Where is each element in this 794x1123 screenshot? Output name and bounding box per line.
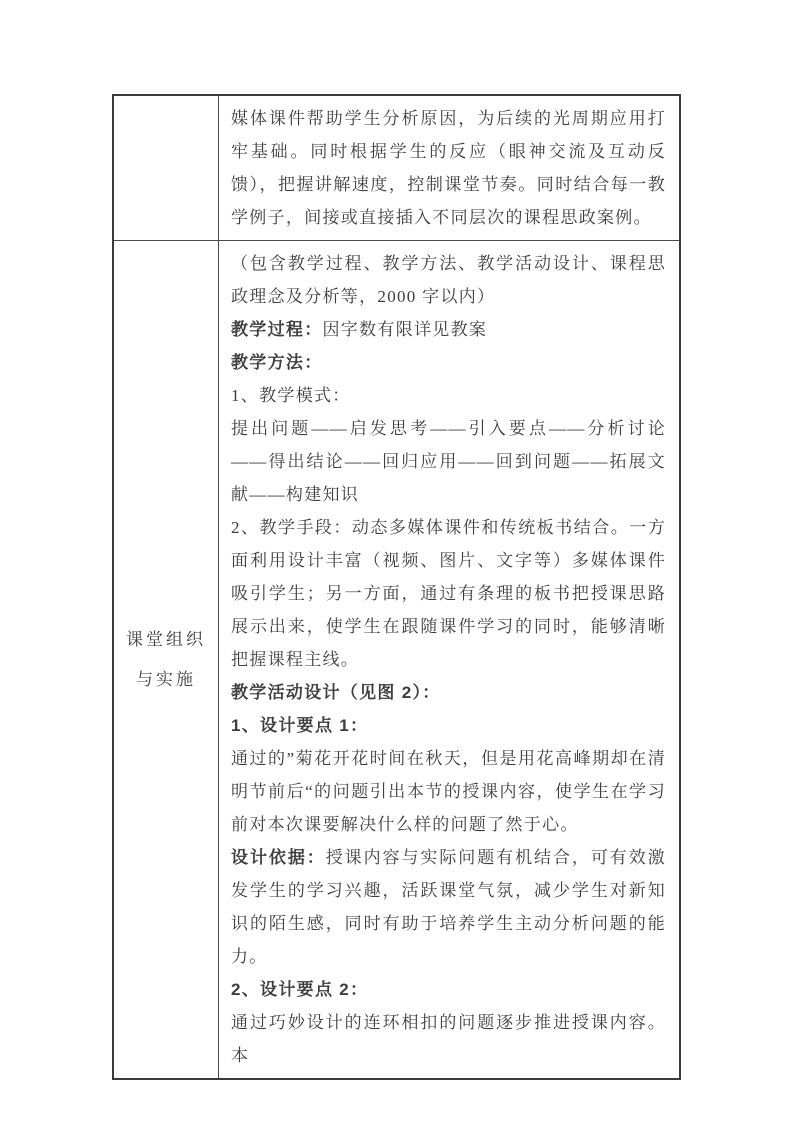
paragraph: 1、设计要点 1： — [231, 709, 666, 742]
text-segment: 媒体课件帮助学生分析原因，为后续的光周期应用打牢基础。同时根据学生的反应（眼神交… — [231, 109, 666, 227]
heading-segment: 教学方法： — [231, 353, 323, 372]
text-segment: 提出问题——启发思考——引入要点——分析讨论——得出结论——回归应用——回到问题… — [231, 419, 666, 504]
paragraph: 2、设计要点 2： — [231, 973, 666, 1006]
text-segment: 因字数有限详见教案 — [323, 320, 488, 339]
row-content-cell: 媒体课件帮助学生分析原因，为后续的光周期应用打牢基础。同时根据学生的反应（眼神交… — [219, 95, 681, 241]
table-row: 媒体课件帮助学生分析原因，为后续的光周期应用打牢基础。同时根据学生的反应（眼神交… — [113, 95, 680, 241]
row-label-cell: 课堂组织与实施 — [113, 241, 219, 1080]
text-segment: 2、教学手段：动态多媒体课件和传统板书结合。一方面利用设计丰富（视频、图片、文字… — [231, 518, 666, 669]
paragraph: 通过巧妙设计的连环相扣的问题逐步推进授课内容。本 — [231, 1006, 666, 1072]
paragraph: 教学活动设计（见图 2）： — [231, 676, 666, 709]
heading-segment: 教学过程： — [231, 320, 323, 339]
text-segment: （包含教学过程、教学方法、教学活动设计、课程思政理念及分析等，2000 字以内） — [231, 254, 666, 306]
paragraph: 2、教学手段：动态多媒体课件和传统板书结合。一方面利用设计丰富（视频、图片、文字… — [231, 511, 666, 676]
paragraph: 提出问题——启发思考——引入要点——分析讨论——得出结论——回归应用——回到问题… — [231, 412, 666, 511]
paragraph: 媒体课件帮助学生分析原因，为后续的光周期应用打牢基础。同时根据学生的反应（眼神交… — [231, 102, 666, 234]
paragraph: 教学过程：因字数有限详见教案 — [231, 313, 666, 346]
text-segment: 1、教学模式： — [231, 386, 351, 405]
paragraph: 通过的”菊花开花时间在秋天，但是用花高峰期却在清明节前后“的问题引出本节的授课内… — [231, 742, 666, 841]
row-label-cell — [113, 95, 219, 241]
text-segment: 通过巧妙设计的连环相扣的问题逐步推进授课内容。本 — [231, 1013, 666, 1065]
row-label-line: 与实施 — [114, 660, 218, 700]
paragraph: 教学方法： — [231, 346, 666, 379]
row-label-line: 课堂组织 — [114, 620, 218, 660]
teaching-plan-table: 媒体课件帮助学生分析原因，为后续的光周期应用打牢基础。同时根据学生的反应（眼神交… — [112, 94, 681, 1080]
paragraph: 1、教学模式： — [231, 379, 666, 412]
paragraph: 设计依据：授课内容与实际问题有机结合，可有效激发学生的学习兴趣，活跃课堂气氛，减… — [231, 841, 666, 973]
row-content-cell: （包含教学过程、教学方法、教学活动设计、课程思政理念及分析等，2000 字以内）… — [219, 241, 681, 1080]
heading-segment: 设计依据： — [231, 848, 326, 867]
heading-segment: 教学活动设计（见图 2）： — [231, 683, 441, 702]
table-row: 课堂组织与实施（包含教学过程、教学方法、教学活动设计、课程思政理念及分析等，20… — [113, 241, 680, 1080]
document-page: 媒体课件帮助学生分析原因，为后续的光周期应用打牢基础。同时根据学生的反应（眼神交… — [0, 0, 794, 1123]
heading-segment: 1、设计要点 1： — [231, 716, 368, 735]
text-segment: 通过的”菊花开花时间在秋天，但是用花高峰期却在清明节前后“的问题引出本节的授课内… — [231, 749, 666, 834]
heading-segment: 2、设计要点 2： — [231, 980, 368, 999]
table-body: 媒体课件帮助学生分析原因，为后续的光周期应用打牢基础。同时根据学生的反应（眼神交… — [113, 95, 680, 1079]
paragraph: （包含教学过程、教学方法、教学活动设计、课程思政理念及分析等，2000 字以内） — [231, 247, 666, 313]
